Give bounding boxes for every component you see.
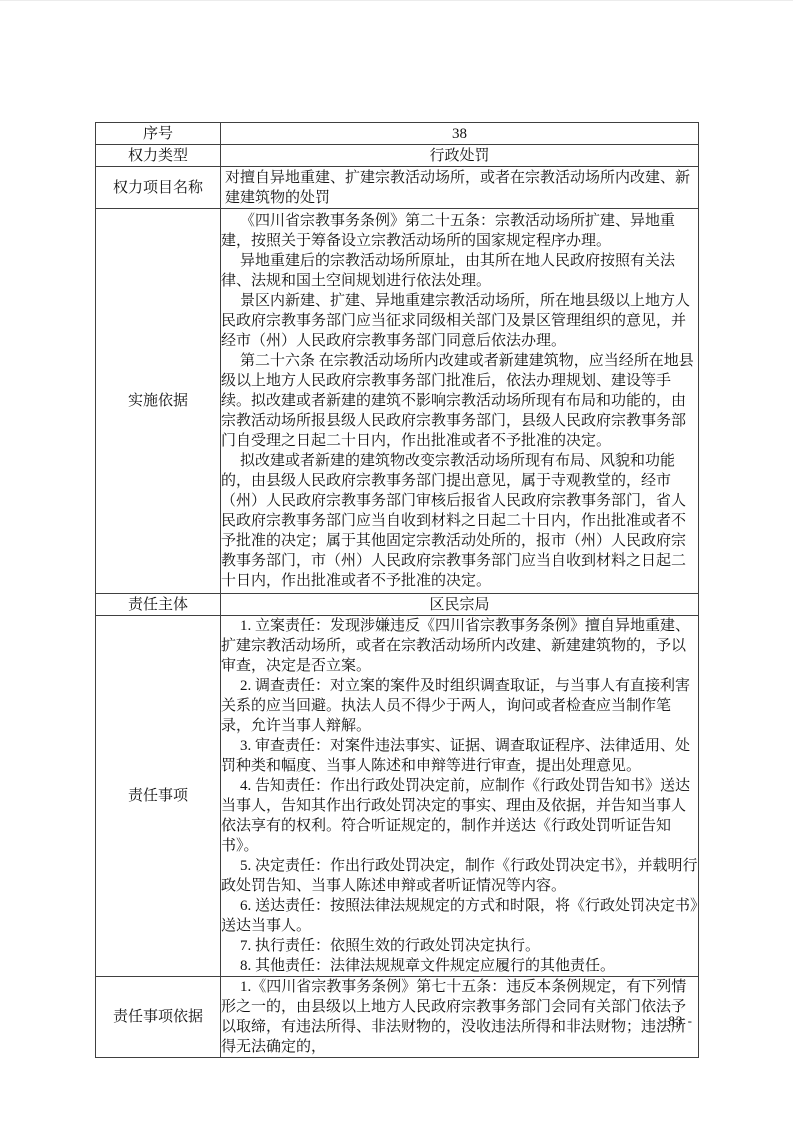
paragraph: 《四川省宗教事务条例》第二十五条：宗教活动场所扩建、异地重建，按照关于筹备设立宗…: [221, 211, 698, 251]
paragraph: 景区内新建、扩建、异地重建宗教活动场所，所在地县级以上地方人民政府宗教事务部门应…: [221, 291, 698, 351]
paragraph: 8. 其他责任：法律法规规章文件规定应履行的其他责任。: [221, 956, 698, 976]
paragraph: 第二十六条 在宗教活动场所内改建或者新建建筑物，应当经所在地县级以上地方人民政府…: [221, 351, 698, 451]
table-row-power-item-name: 权力项目名称 对擅自异地重建、扩建宗教活动场所，或者在宗教活动场所内改建、新建建…: [96, 167, 699, 209]
responsibility-items-basis-label: 责任事项依据: [96, 977, 221, 1058]
implementation-basis-content: 《四川省宗教事务条例》第二十五条：宗教活动场所扩建、异地重建，按照关于筹备设立宗…: [221, 209, 699, 594]
paragraph: 3. 审查责任：对案件违法事实、证据、调查取证程序、法律适用、处罚种类和幅度、当…: [221, 736, 698, 776]
table-row-responsibility-items: 责任事项 1. 立案责任：发现涉嫌违反《四川省宗教事务条例》擅自异地重建、扩建宗…: [96, 616, 699, 977]
power-item-name-value: 对擅自异地重建、扩建宗教活动场所，或者在宗教活动场所内改建、新建建筑物的处罚: [221, 167, 699, 209]
table-row-serial-number: 序号 38: [96, 123, 699, 145]
serial-number-value: 38: [221, 123, 699, 145]
paragraph: 4. 告知责任：作出行政处罚决定前，应制作《行政处罚告知书》送达当事人，告知其作…: [221, 776, 698, 856]
responsibility-items-content: 1. 立案责任：发现涉嫌违反《四川省宗教事务条例》擅自异地重建、扩建宗教活动场所…: [221, 616, 699, 977]
table-row-implementation-basis: 实施依据 《四川省宗教事务条例》第二十五条：宗教活动场所扩建、异地重建，按照关于…: [96, 209, 699, 594]
responsible-entity-value: 区民宗局: [221, 594, 699, 616]
paragraph: 对擅自异地重建、扩建宗教活动场所，或者在宗教活动场所内改建、新建建筑物的处罚: [221, 168, 698, 208]
power-item-table: 序号 38 权力类型 行政处罚 权力项目名称 对擅自异地重建、扩建宗教活动场所，…: [95, 122, 699, 1058]
table-row-responsibility-items-basis: 责任事项依据 1.《四川省宗教事务条例》第七十五条：违反本条例规定，有下列情形之…: [96, 977, 699, 1058]
power-type-value: 行政处罚: [221, 145, 699, 167]
paragraph: 2. 调查责任：对立案的案件及时组织调查取证，与当事人有直接利害关系的应当回避。…: [221, 676, 698, 736]
paragraph: 1.《四川省宗教事务条例》第七十五条：违反本条例规定，有下列情形之一的，由县级以…: [221, 977, 698, 1057]
power-item-name-label: 权力项目名称: [96, 167, 221, 209]
serial-number-label: 序号: [96, 123, 221, 145]
table-row-responsible-entity: 责任主体 区民宗局: [96, 594, 699, 616]
implementation-basis-label: 实施依据: [96, 209, 221, 594]
page-number: - 83 -: [659, 1013, 693, 1028]
table-row-power-type: 权力类型 行政处罚: [96, 145, 699, 167]
responsibility-items-basis-content: 1.《四川省宗教事务条例》第七十五条：违反本条例规定，有下列情形之一的，由县级以…: [221, 977, 699, 1058]
paragraph: 6. 送达责任：按照法律法规规定的方式和时限，将《行政处罚决定书》送达当事人。: [221, 896, 698, 936]
document-page: 序号 38 权力类型 行政处罚 权力项目名称 对擅自异地重建、扩建宗教活动场所，…: [0, 0, 793, 1123]
paragraph: 拟改建或者新建的建筑物改变宗教活动场所现有布局、风貌和功能的，由县级人民政府宗教…: [221, 451, 698, 591]
paragraph: 5. 决定责任：作出行政处罚决定，制作《行政处罚决定书》，并载明行政处罚告知、当…: [221, 856, 698, 896]
power-type-label: 权力类型: [96, 145, 221, 167]
responsibility-items-label: 责任事项: [96, 616, 221, 977]
paragraph: 7. 执行责任：依照生效的行政处罚决定执行。: [221, 936, 698, 956]
responsible-entity-label: 责任主体: [96, 594, 221, 616]
paragraph: 1. 立案责任：发现涉嫌违反《四川省宗教事务条例》擅自异地重建、扩建宗教活动场所…: [221, 616, 698, 676]
paragraph: 异地重建后的宗教活动场所原址，由其所在地人民政府按照有关法律、法规和国土空间规划…: [221, 251, 698, 291]
